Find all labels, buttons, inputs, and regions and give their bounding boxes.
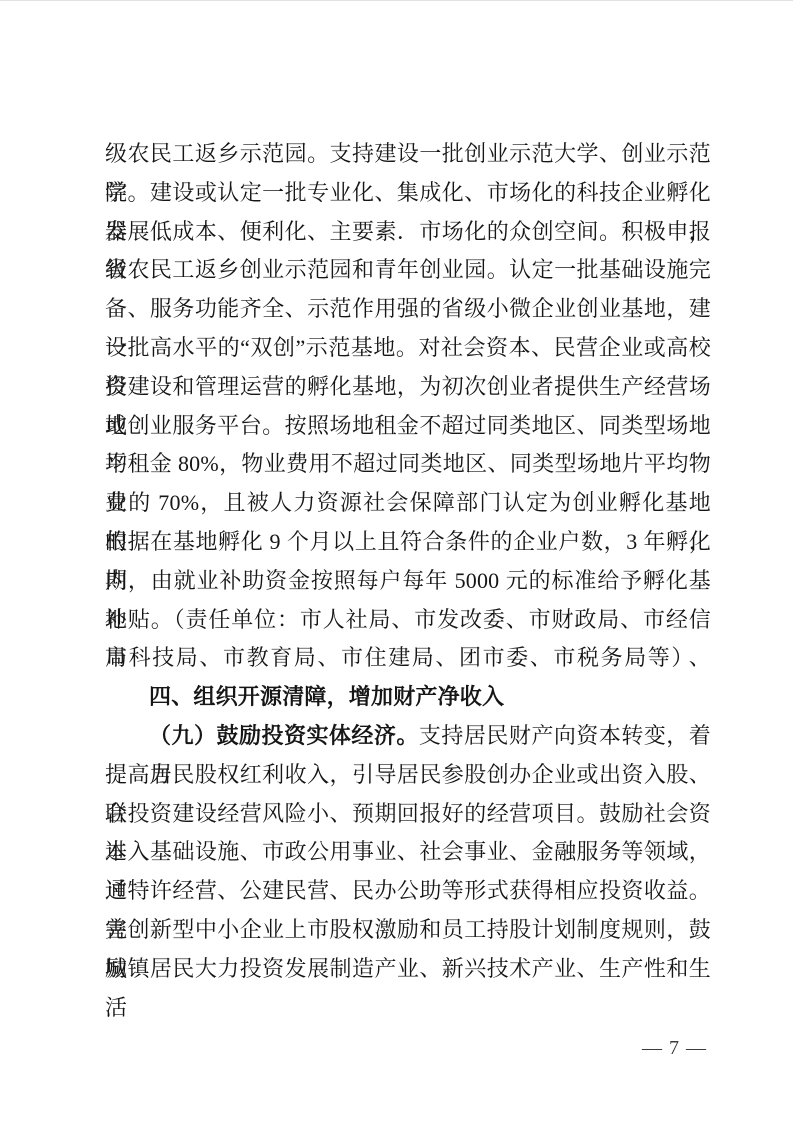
bold-text-segment: 四、组织开源清障，增加财产净收入	[149, 684, 504, 709]
text-line-15: 四、组织开源清障，增加财产净收入	[105, 678, 711, 717]
text-line-11: 根据在基地孵化 9 个月以上且符合条件的企业户数，3 年孵化期	[105, 523, 711, 562]
text-segment: 城镇居民大力投资发展制造产业、新兴技术产业、生产性和生活	[105, 956, 711, 1020]
text-line-8: 或创业服务平台。按照场地租金不超过同类地区、同类型场地平	[105, 407, 711, 446]
text-line-16: （九）鼓励投资实体经济。支持居民财产向资本转变，着力	[105, 717, 711, 756]
text-line-17: 提高居民股权红利收入，引导居民参股创办企业或出资入股、联	[105, 756, 711, 795]
text-line-21: 善创新型中小企业上市股权激励和员工持股计划制度规则，鼓励	[105, 911, 711, 950]
text-line-18: 合投资建设经营风险小、预期回报好的经营项目。鼓励社会资本	[105, 795, 711, 834]
text-line-19: 进入基础设施、市政公用事业、社会事业、金融服务等领域，通	[105, 833, 711, 872]
text-line-3: 发展低成本、便利化、主要素．市场化的众创空间。积极申报省	[105, 213, 711, 252]
text-segment: 级农民工返乡创业示范园和青年创业园。认定一批基础设施完	[105, 257, 711, 282]
text-line-20: 过特许经营、公建民营、民办公助等形式获得相应投资收益。完	[105, 872, 711, 911]
text-line-12: 内，由就业补助资金按照每户每年 5000 元的标准给予孵化基地	[105, 562, 711, 601]
bold-text-segment: （九）鼓励投资实体经济。	[149, 723, 419, 748]
text-line-4: 级农民工返乡创业示范园和青年创业园。认定一批基础设施完	[105, 251, 711, 290]
text-line-14: 市科技局、市教育局、市住建局、团市委、市税务局等）	[105, 639, 711, 678]
text-line-10: 费的 70%，且被人力资源社会保障部门认定为创业孵化基地的，	[105, 484, 711, 523]
text-line-13: 补贴。（责任单位：市人社局、市发改委、市财政局、市经信局、	[105, 601, 711, 640]
page-number: — 7 —	[642, 1037, 707, 1060]
text-line-5: 备、服务功能齐全、示范作用强的省级小微企业创业基地，建设	[105, 290, 711, 329]
document-page: 级农民工返乡示范园。支持建设一批创业示范大学、创业示范学院。建设或认定一批专业化…	[0, 0, 793, 1123]
text-block: 级农民工返乡示范园。支持建设一批创业示范大学、创业示范学院。建设或认定一批专业化…	[105, 135, 711, 989]
text-segment: 市科技局、市教育局、市住建局、团市委、市税务局等）	[105, 645, 695, 670]
text-line-1: 级农民工返乡示范园。支持建设一批创业示范大学、创业示范学	[105, 135, 711, 174]
text-line-9: 均租金 80%，物业费用不超过同类地区、同类型场地片平均物业	[105, 445, 711, 484]
text-line-7: 资建设和管理运营的孵化基地，为初次创业者提供生产经营场地	[105, 368, 711, 407]
text-line-6: 一批高水平的“双创”示范基地。对社会资本、民营企业或高校投	[105, 329, 711, 368]
text-line-22: 城镇居民大力投资发展制造产业、新兴技术产业、生产性和生活	[105, 950, 711, 989]
text-line-2: 院。建设或认定一批专业化、集成化、市场化的科技企业孵化器，	[105, 174, 711, 213]
